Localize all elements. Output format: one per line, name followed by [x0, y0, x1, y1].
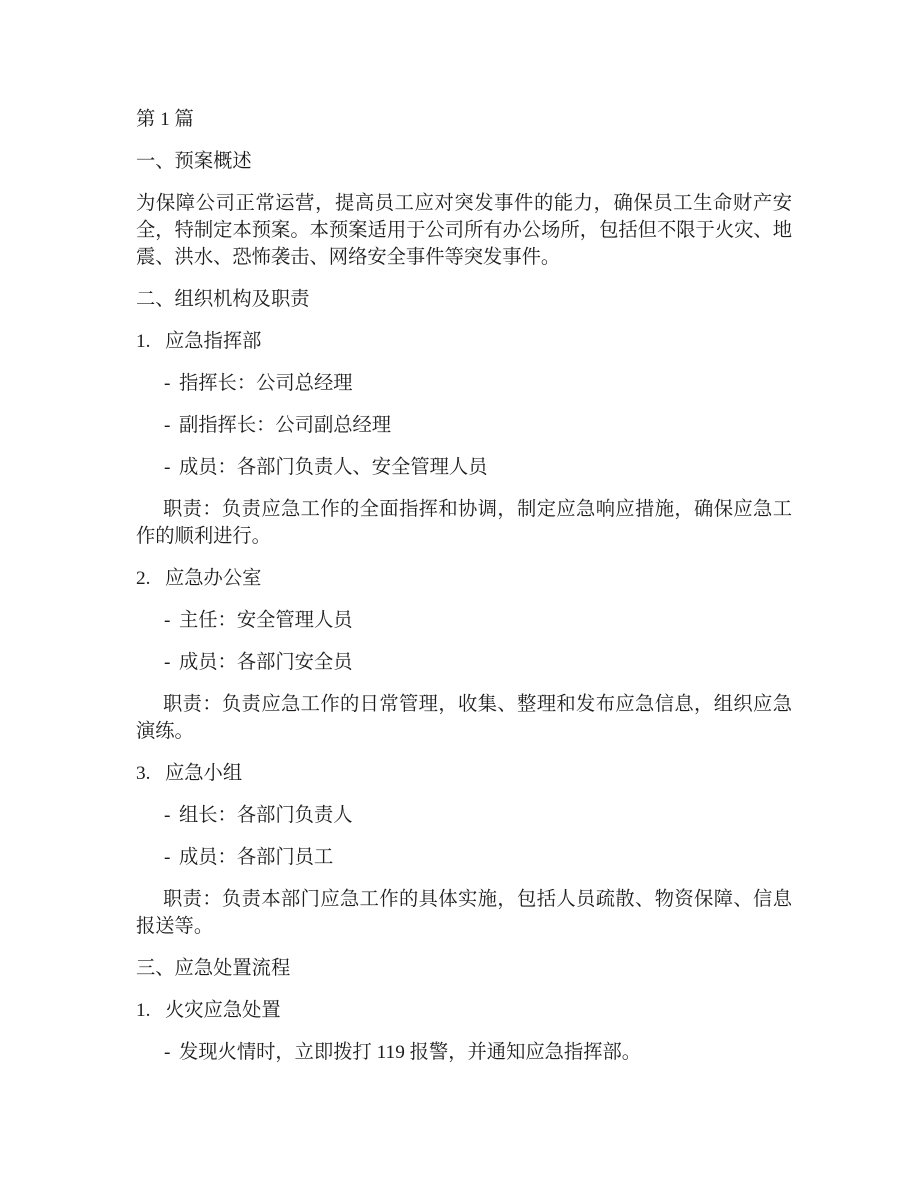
dash-item-fire-alarm: - 发现火情时，立即拨打 119 报警，并通知应急指挥部。 — [136, 1039, 792, 1066]
dash-item-text: 成员：各部门员工 — [179, 844, 792, 871]
numbered-item-text: 应急指挥部 — [165, 328, 792, 355]
dash-bullet: - — [164, 802, 179, 829]
dash-item-text: 副指挥长：公司副总经理 — [179, 412, 792, 439]
numbered-item-text: 应急办公室 — [165, 565, 792, 592]
overview-paragraph: 为保障公司正常运营，提高员工应对突发事件的能力，确保员工生命财产安全，特制定本预… — [136, 190, 792, 271]
numbered-item-command-dept: 1. 应急指挥部 — [136, 328, 792, 355]
section-heading-overview: 一、预案概述 — [136, 148, 792, 175]
document-body: 第 1 篇 一、预案概述 为保障公司正常运营，提高员工应对突发事件的能力，确保员… — [136, 106, 792, 1066]
dash-bullet: - — [164, 1039, 179, 1066]
dash-bullet: - — [164, 454, 179, 481]
dash-item-text: 指挥长：公司总经理 — [179, 370, 792, 397]
dash-item-team-leader: - 组长：各部门负责人 — [136, 802, 792, 829]
dash-bullet: - — [164, 607, 179, 634]
dash-item-commander: - 指挥长：公司总经理 — [136, 370, 792, 397]
dash-item-text: 发现火情时，立即拨打 119 报警，并通知应急指挥部。 — [179, 1039, 792, 1066]
list-number: 1. — [136, 328, 165, 355]
dash-item-members-team: - 成员：各部门员工 — [136, 844, 792, 871]
duty-paragraph-team: 职责：负责本部门应急工作的具体实施，包括人员疏散、物资保障、信息报送等。 — [136, 886, 792, 940]
dash-item-text: 成员：各部门负责人、安全管理人员 — [179, 454, 792, 481]
dash-item-text: 成员：各部门安全员 — [179, 649, 792, 676]
dash-item-deputy-commander: - 副指挥长：公司副总经理 — [136, 412, 792, 439]
numbered-item-team: 3. 应急小组 — [136, 760, 792, 787]
document-page: 第 1 篇 一、预案概述 为保障公司正常运营，提高员工应对突发事件的能力，确保员… — [0, 0, 920, 1191]
dash-bullet: - — [164, 649, 179, 676]
numbered-item-text: 应急小组 — [165, 760, 792, 787]
numbered-item-fire-response: 1. 火灾应急处置 — [136, 997, 792, 1024]
dash-item-text: 主任：安全管理人员 — [179, 607, 792, 634]
dash-bullet: - — [164, 370, 179, 397]
list-number: 2. — [136, 565, 165, 592]
dash-item-director: - 主任：安全管理人员 — [136, 607, 792, 634]
numbered-item-office: 2. 应急办公室 — [136, 565, 792, 592]
dash-item-text: 组长：各部门负责人 — [179, 802, 792, 829]
part-title: 第 1 篇 — [136, 106, 792, 133]
dash-bullet: - — [164, 412, 179, 439]
section-heading-process: 三、应急处置流程 — [136, 955, 792, 982]
section-heading-organization: 二、组织机构及职责 — [136, 286, 792, 313]
list-number: 3. — [136, 760, 165, 787]
dash-item-members-office: - 成员：各部门安全员 — [136, 649, 792, 676]
dash-bullet: - — [164, 844, 179, 871]
duty-paragraph-office: 职责：负责应急工作的日常管理，收集、整理和发布应急信息，组织应急演练。 — [136, 691, 792, 745]
list-number: 1. — [136, 997, 165, 1024]
numbered-item-text: 火灾应急处置 — [165, 997, 792, 1024]
dash-item-members-command: - 成员：各部门负责人、安全管理人员 — [136, 454, 792, 481]
duty-paragraph-command: 职责：负责应急工作的全面指挥和协调，制定应急响应措施，确保应急工作的顺利进行。 — [136, 496, 792, 550]
